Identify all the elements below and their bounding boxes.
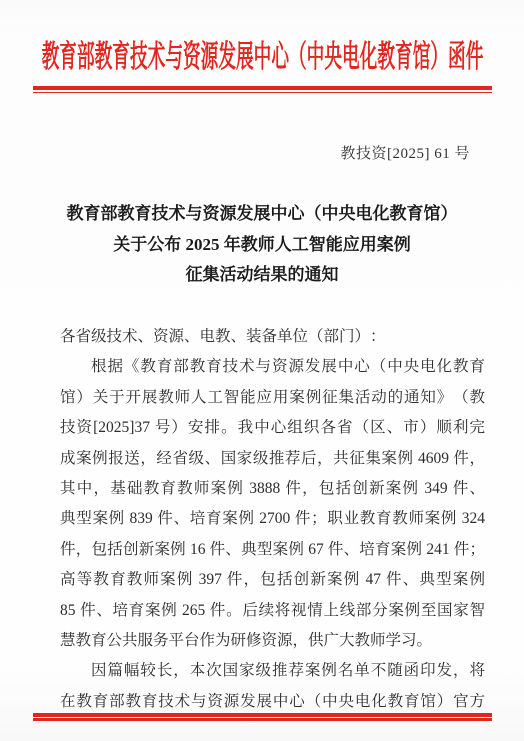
body-text: 各省级技术、资源、电教、装备单位（部门）：根据《教育部教育技术与资源发展中心（中… bbox=[60, 322, 485, 717]
document-number: 教技资[2025] 61 号 bbox=[341, 142, 471, 163]
footer-divider bbox=[33, 713, 492, 721]
salutation-line: 各省级技术、资源、电教、装备单位（部门）： bbox=[60, 322, 485, 352]
body-line: 根据《教育部教育技术与资源发展中心（中央电化教育 bbox=[60, 352, 485, 382]
notice-title-line: 关于公布 2025 年教师人工智能应用案例 bbox=[0, 230, 524, 261]
notice-title-line: 教育部教育技术与资源发展中心（中央电化教育馆） bbox=[0, 199, 524, 230]
body-line: 其中，基础教育教师案例 3888 件，包括创新案例 349 件、 bbox=[60, 474, 485, 504]
body-line: 高等教育教师案例 397 件，包括创新案例 47 件、典型案例 bbox=[60, 565, 485, 595]
body-line: 典型案例 839 件、培育案例 2700 件；职业教育教师案例 324 bbox=[60, 504, 485, 534]
body-line: 85 件、培育案例 265 件。后续将视情上线部分案例至国家智 bbox=[60, 596, 485, 626]
letterhead-divider bbox=[33, 86, 492, 93]
body-line: 慧教育公共服务平台作为研修资源，供广大教师学习。 bbox=[60, 626, 485, 656]
body-line: 技资[2025]37 号）安排。我中心组织各省（区、市）顺利完 bbox=[60, 413, 485, 443]
divider-thick-line bbox=[33, 86, 492, 90]
body-line: 因篇幅较长，本次国家级推荐案例名单不随函印发，将 bbox=[60, 656, 485, 686]
body-line: 成案例报送，经省级、国家级推荐后，共征集案例 4609 件， bbox=[60, 444, 485, 474]
body-line: 馆）关于开展教师人工智能应用案例征集活动的通知》（教 bbox=[60, 383, 485, 413]
divider-thin-line bbox=[33, 718, 492, 721]
divider-thick-line bbox=[33, 713, 492, 717]
letterhead-title: 教育部教育技术与资源发展中心（中央电化教育馆）函件 bbox=[41, 31, 483, 76]
official-letter-page: 教育部教育技术与资源发展中心（中央电化教育馆）函件 教技资[2025] 61 号… bbox=[0, 0, 524, 741]
body-line: 件，包括创新案例 16 件、典型案例 67 件、培育案例 241 件； bbox=[60, 535, 485, 565]
notice-title-line: 征集活动结果的通知 bbox=[0, 260, 524, 291]
notice-title: 教育部教育技术与资源发展中心（中央电化教育馆）关于公布 2025 年教师人工智能… bbox=[0, 199, 524, 291]
letterhead: 教育部教育技术与资源发展中心（中央电化教育馆）函件 bbox=[0, 31, 524, 76]
divider-thin-line bbox=[33, 92, 492, 94]
